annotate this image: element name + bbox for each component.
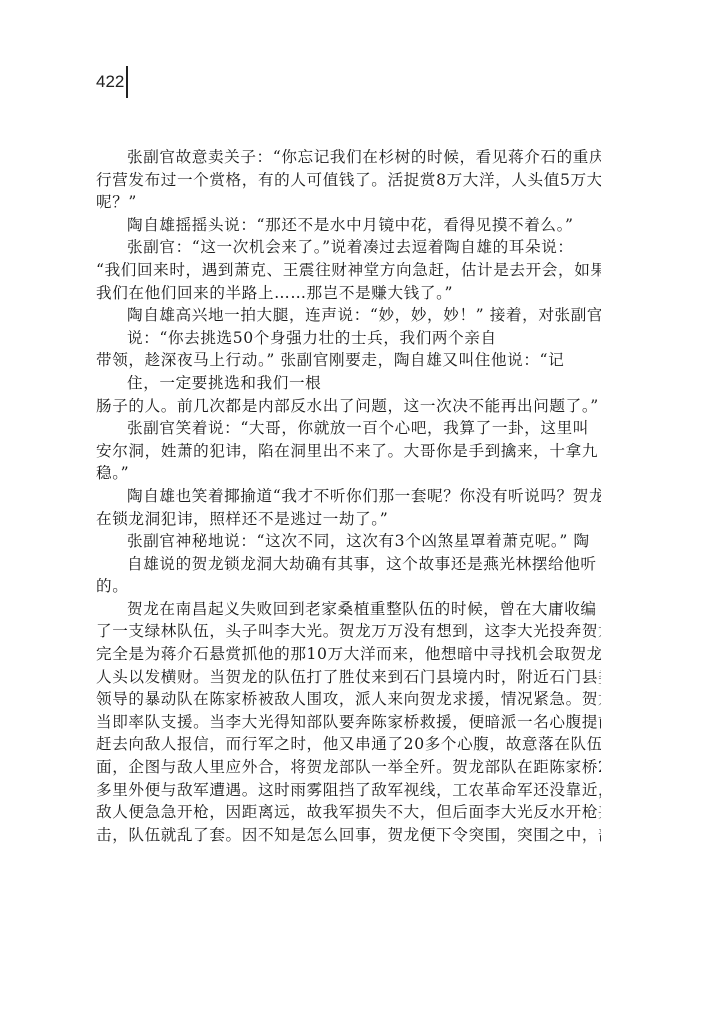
- text-line: 稳。”: [96, 462, 601, 485]
- text-line: “我们回来时，遇到萧克、王震往财神堂方向急赶，估计是去开会，如果: [96, 259, 601, 282]
- text-line: 张副官：“这一次机会来了。”说着凑过去逗着陶自雄的耳朵说：: [96, 236, 601, 259]
- text-line: 呢？”: [96, 191, 601, 214]
- text-line: 张副官神秘地说：“这次不同，这次有3个凶煞星罩着萧克呢。” 陶: [96, 530, 601, 553]
- text-line: 多里外便与敌军遭遇。这时雨雾阻挡了敌军视线，工农革命军还没靠近，: [96, 779, 601, 802]
- header-divider: [126, 66, 128, 98]
- text-line: 击，队伍就乱了套。因不知是怎么回事，贺龙便下令突围，突围之中，部: [96, 824, 601, 847]
- text-line: 行营发布过一个赏格，有的人可值钱了。活捉赏8万大洋，人头值5万大洋: [96, 169, 601, 192]
- text-line: 贺龙在南昌起义失败回到老家桑植重整队伍的时候，曾在大庸收编: [96, 598, 601, 621]
- text-line: 人头以发横财。当贺龙的队伍打了胜仗来到石门县境内时，附近石门县委: [96, 666, 601, 689]
- text-line: 敌人便急急开枪，因距离远，故我军损失不大，但后面李大光反水开枪夹: [96, 801, 601, 824]
- text-line: 说：“你去挑选50个身强力壮的士兵，我们两个亲自: [96, 327, 601, 350]
- text-line: 安尔洞，姓萧的犯讳，陷在洞里出不来了。大哥你是手到擒来，十拿九: [96, 440, 601, 463]
- text-line: 肠子的人。前几次都是内部反水出了问题，这一次决不能再出问题了。”: [96, 395, 601, 418]
- text-line: 陶自雄高兴地一拍大腿，连声说：“妙，妙，妙！” 接着，对张副官: [96, 304, 601, 327]
- text-line: 陶自雄也笑着揶揄道“我才不听你们那一套呢？你没有听说吗？贺龙: [96, 485, 601, 508]
- text-line: 了一支绿林队伍，头子叫李大光。贺龙万万没有想到，这李大光投奔贺龙: [96, 620, 601, 643]
- text-line: 完全是为蒋介石悬赏抓他的那10万大洋而来，他想暗中寻找机会取贺龙之: [96, 643, 601, 666]
- text-line: 张副官故意卖关子：“你忘记我们在杉树的时候，看见蒋介石的重庆: [96, 146, 601, 169]
- text-line: 张副官笑着说：“大哥，你就放一百个心吧，我算了一卦，这里叫: [96, 417, 601, 440]
- text-line: 当即率队支援。当李大光得知部队要奔陈家桥救援，便暗派一名心腹提前: [96, 711, 601, 734]
- text-line: 住，一定要挑选和我们一根: [96, 372, 601, 395]
- text-line: 在锁龙洞犯讳，照样还不是逃过一劫了。”: [96, 508, 601, 531]
- text-line: 我们在他们回来的半路上……那岂不是赚大钱了。”: [96, 282, 601, 305]
- text-line: 面，企图与敌人里应外合，将贺龙部队一举全歼。贺龙部队在距陈家桥20: [96, 756, 601, 779]
- text-line: 自雄说的贺龙锁龙洞大劫确有其事，这个故事还是燕光林摆给他听: [96, 553, 601, 576]
- body-text: 张副官故意卖关子：“你忘记我们在杉树的时候，看见蒋介石的重庆行营发布过一个赏格，…: [96, 146, 601, 846]
- text-line: 领导的暴动队在陈家桥被敌人围攻，派人来向贺龙求援，情况紧急。贺龙: [96, 688, 601, 711]
- text-line: 带领，趁深夜马上行动。” 张副官刚要走，陶自雄又叫住他说：“记: [96, 349, 601, 372]
- text-line: 陶自雄摇摇头说：“那还不是水中月镜中花，看得见摸不着么。”: [96, 214, 601, 237]
- text-line: 的。: [96, 575, 601, 598]
- page-number: 422: [96, 72, 124, 92]
- text-line: 赶去向敌人报信，而行军之时，他又串通了20多个心腹，故意落在队伍后: [96, 733, 601, 756]
